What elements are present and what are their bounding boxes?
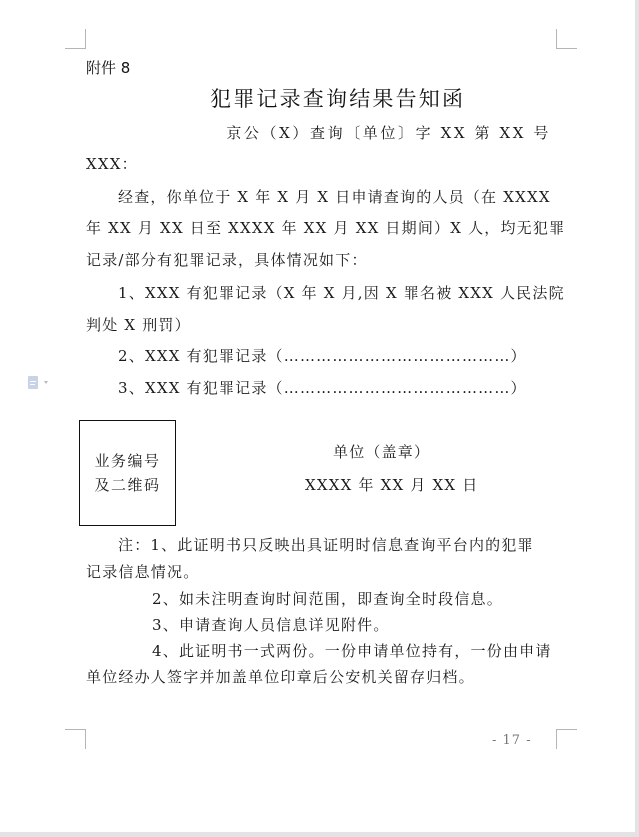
signature-unit-seal: 单位（盖章） — [333, 442, 430, 462]
document-page: 附件 8 犯罪记录查询结果告知函 京公（X）查询〔单位〕字 XX 第 XX 号 … — [0, 0, 635, 832]
caret-down-icon — [44, 381, 48, 384]
reference-number: 京公（X）查询〔单位〕字 XX 第 XX 号 — [226, 123, 551, 143]
attachment-label: 附件 8 — [86, 58, 130, 78]
page-number: - 17 - — [492, 731, 532, 751]
note-1-continued: 记录信息情况。 — [86, 562, 199, 582]
note-2: 2、如未注明查询时间范围，即查询全时段信息。 — [152, 589, 503, 609]
note-3: 3、申请查询人员信息详见附件。 — [152, 615, 390, 635]
note-1: 注：1、此证明书只反映出具证明时信息查询平台内的犯罪 — [118, 535, 534, 555]
margin-corner-mark-top-right — [556, 29, 577, 49]
body-line: 年 XX 月 XX 日至 XXXX 年 XX 月 XX 日期间）X 人，均无犯罪 — [86, 218, 565, 238]
document-options-button[interactable] — [28, 374, 58, 390]
body-line: 记录/部分有犯罪记录，具体情况如下： — [86, 250, 368, 270]
document-icon — [28, 376, 38, 389]
signature-date: XXXX 年 XX 月 XX 日 — [305, 475, 478, 495]
stamp-box-line-1: 业务编号 — [94, 449, 160, 473]
stamp-box-line-2: 及二维码 — [94, 473, 160, 497]
record-item-2: 2、XXX 有犯罪记录（……………………………………） — [118, 346, 527, 366]
salutation: XXX： — [86, 154, 138, 174]
note-4: 4、此证明书一式两份。一份申请单位持有，一份由申请 — [152, 641, 552, 661]
margin-corner-mark-top-left — [65, 29, 86, 49]
margin-corner-mark-bottom-right — [556, 729, 577, 749]
margin-corner-mark-bottom-left — [65, 729, 86, 749]
record-item-1: 1、XXX 有犯罪记录（X 年 X 月,因 X 罪名被 XXX 人民法院 — [118, 283, 565, 303]
record-item-1-continued: 判处 X 刑罚） — [86, 315, 191, 335]
note-4-continued: 单位经办人签字并加盖单位印章后公安机关留存归档。 — [86, 667, 475, 687]
document-title: 犯罪记录查询结果告知函 — [210, 85, 465, 113]
business-number-qr-box: 业务编号 及二维码 — [79, 420, 176, 526]
window-edge-right — [635, 0, 639, 837]
record-item-3: 3、XXX 有犯罪记录（……………………………………） — [118, 378, 527, 398]
window-edge-bottom — [0, 832, 639, 837]
body-line: 经查，你单位于 X 年 X 月 X 日申请查询的人员（在 XXXX — [118, 187, 551, 207]
